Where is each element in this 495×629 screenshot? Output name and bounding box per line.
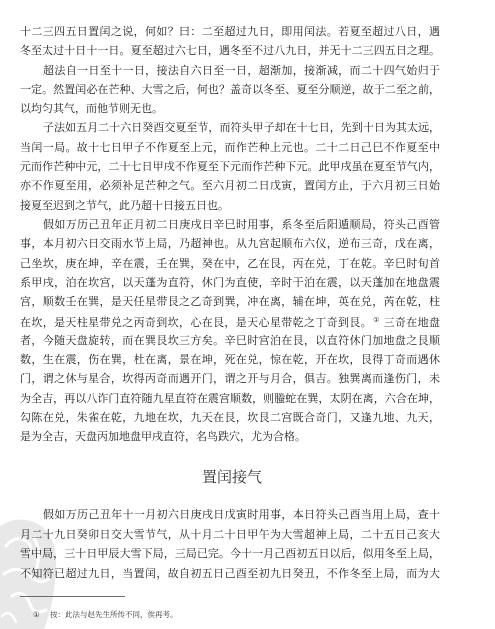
text-line: 子法如五月二十六日癸酉交夏至节，而符头甲子却在十七日，先到十日为其太远， bbox=[20, 118, 440, 137]
text-segment: 在坎，是天柱星带兑之丙奇到坎，心在艮，是天心星带乾之丁奇到艮。 bbox=[20, 316, 372, 329]
body-text-block-top: 十二三四五日置闰之说，何如？曰：二至超过九日，即用闰法。若夏至超过八日，遇 冬至… bbox=[20, 22, 440, 447]
text-line: 假如万历己丑年十一月初六日庚戌日戊寅时用事，本日符头己酉当用上局，查十 bbox=[20, 505, 440, 525]
footnote: ①按：此法与赵先生所传不同，俟再考。 bbox=[33, 609, 178, 621]
text-line: 月二十九日癸卯日交大雪节气，从十月二十日甲午为大雪超神上局，二十五日己亥大 bbox=[20, 525, 440, 545]
paragraph-5: 假如万历己丑年十一月初六日庚戌日戊寅时用事，本日符头己酉当用上局，查十 月二十九… bbox=[20, 505, 440, 583]
paragraph-4: 假如万历己丑年正月初二日庚戌日辛巳时用事，系冬至后阳遁顺局，符头己酉管 事，本月… bbox=[20, 215, 440, 447]
text-line: 冬至太过十日十一日。夏至超过六七日，遇冬至不过八九日，并无十二三四五日之理。 bbox=[20, 41, 440, 60]
text-line: 者，今随天盘旋转，而在巽艮坎三方矣。辛巳时宫泊在艮，以直符休门加地盘之艮顺 bbox=[20, 331, 440, 350]
text-line: 雪中局，三十日甲辰大雪下局，三局已完。今十一月己酉初五日以后，似用冬至上局， bbox=[20, 544, 440, 564]
text-line: 接夏至迟到之节气，此乃超十日接五日也。 bbox=[20, 196, 440, 215]
text-line-with-footnote-ref: 在坎，是天柱星带兑之丙奇到坎，心在艮，是天心星带乾之丁奇到艮。① 三奇在地盘 bbox=[20, 311, 440, 330]
text-line: 不知符已超过九日，当置闰，故自初五日己酉至初九日癸丑，不作冬至上局，而为大 bbox=[20, 564, 440, 584]
text-segment: 三奇在地盘 bbox=[380, 316, 440, 329]
text-line: 亦不作夏至用，必须补足芒种之气。至六月初二日戊寅，置闰方止，于六月初三日始 bbox=[20, 176, 440, 195]
text-line: 事，本月初六日交雨水节上局，乃超神也。从九宫起顺布六仪，逆布三奇，戊在离， bbox=[20, 234, 440, 253]
footnote-marker: ① bbox=[33, 609, 50, 621]
text-line: 己坐坎，庚在坤，辛在震，壬在巽，癸在中，乙在艮，丙在兑，丁在乾。辛巳时旬首 bbox=[20, 254, 440, 273]
section-heading: 置闰接气 bbox=[20, 467, 444, 487]
text-line: 为全吉，再以八诈门直符随九星直符在震宫顺数，则螣蛇在巽，太阴在离，六合在坤， bbox=[20, 389, 440, 408]
footnote-reference: ① bbox=[373, 316, 380, 324]
body-text-block-bottom: 假如万历己丑年十一月初六日庚戌日戊寅时用事，本日符头己酉当用上局，查十 月二十九… bbox=[20, 505, 440, 583]
text-line: 一定。然置闰必在芒种、大雪之后，何也？盖奇以冬至、夏至分顺逆，故于二至之前， bbox=[20, 80, 440, 99]
text-line: 超法自一日至十一日，接法自六日至一日，超渐加，接渐减，而二十四气始归于 bbox=[20, 61, 440, 80]
text-line: 假如万历己丑年正月初二日庚戌日辛巳时用事，系冬至后阳遁顺局，符头己酉管 bbox=[20, 215, 440, 234]
paragraph-1: 十二三四五日置闰之说，何如？曰：二至超过九日，即用闰法。若夏至超过八日，遇 冬至… bbox=[20, 22, 440, 61]
paragraph-2: 超法自一日至十一日，接法自六日至一日，超渐加，接渐减，而二十四气始归于 一定。然… bbox=[20, 61, 440, 119]
paragraph-3: 子法如五月二十六日癸酉交夏至节，而符头甲子却在十七日，先到十日为其太远， 当闰一… bbox=[20, 118, 440, 214]
text-line: 元而作芒种中元，二十七日甲戌不作夏至下元而作芒种下元。此甲戌虽在夏至节气内， bbox=[20, 157, 440, 176]
text-line: 当闰一局。故十七日甲子不作夏至上元，而作芒种上元也。二十二日己巳不作夏至中 bbox=[20, 138, 440, 157]
text-line: 系甲戌，泊在坎宫，以天蓬为直符，休门为直使，辛时干泊在震，以天蓬加在地盘震 bbox=[20, 273, 440, 292]
footnote-text: 按：此法与赵先生所传不同，俟再考。 bbox=[50, 610, 178, 619]
text-line: 十二三四五日置闰之说，何如？曰：二至超过九日，即用闰法。若夏至超过八日，遇 bbox=[20, 22, 440, 41]
text-line: 以均匀其气，而他节则无也。 bbox=[20, 99, 440, 118]
text-line: 勾陈在兑，朱雀在乾，九地在坎，九天在艮，坎艮二宫既合奇门，又逢九地、九天， bbox=[20, 408, 440, 427]
text-line: 数，生在震，伤在巽，杜在离，景在坤，死在兑，惊在乾，开在坎，艮得丁奇而遇休 bbox=[20, 350, 440, 369]
footnote-divider bbox=[20, 596, 125, 597]
text-line: 宫，顺数壬在巽，是天任星带艮之乙奇到巽，冲在离，辅在坤，英在兑，芮在乾，柱 bbox=[20, 292, 440, 311]
text-line: 门，谓之休与星合，坎得丙奇而遇开门，谓之开与月合，俱吉。独巽离而逢伤门，未 bbox=[20, 369, 440, 388]
text-line: 是为全吉，天盘丙加地盘甲戌直符，名鸟跌穴，尤为合格。 bbox=[20, 427, 440, 446]
